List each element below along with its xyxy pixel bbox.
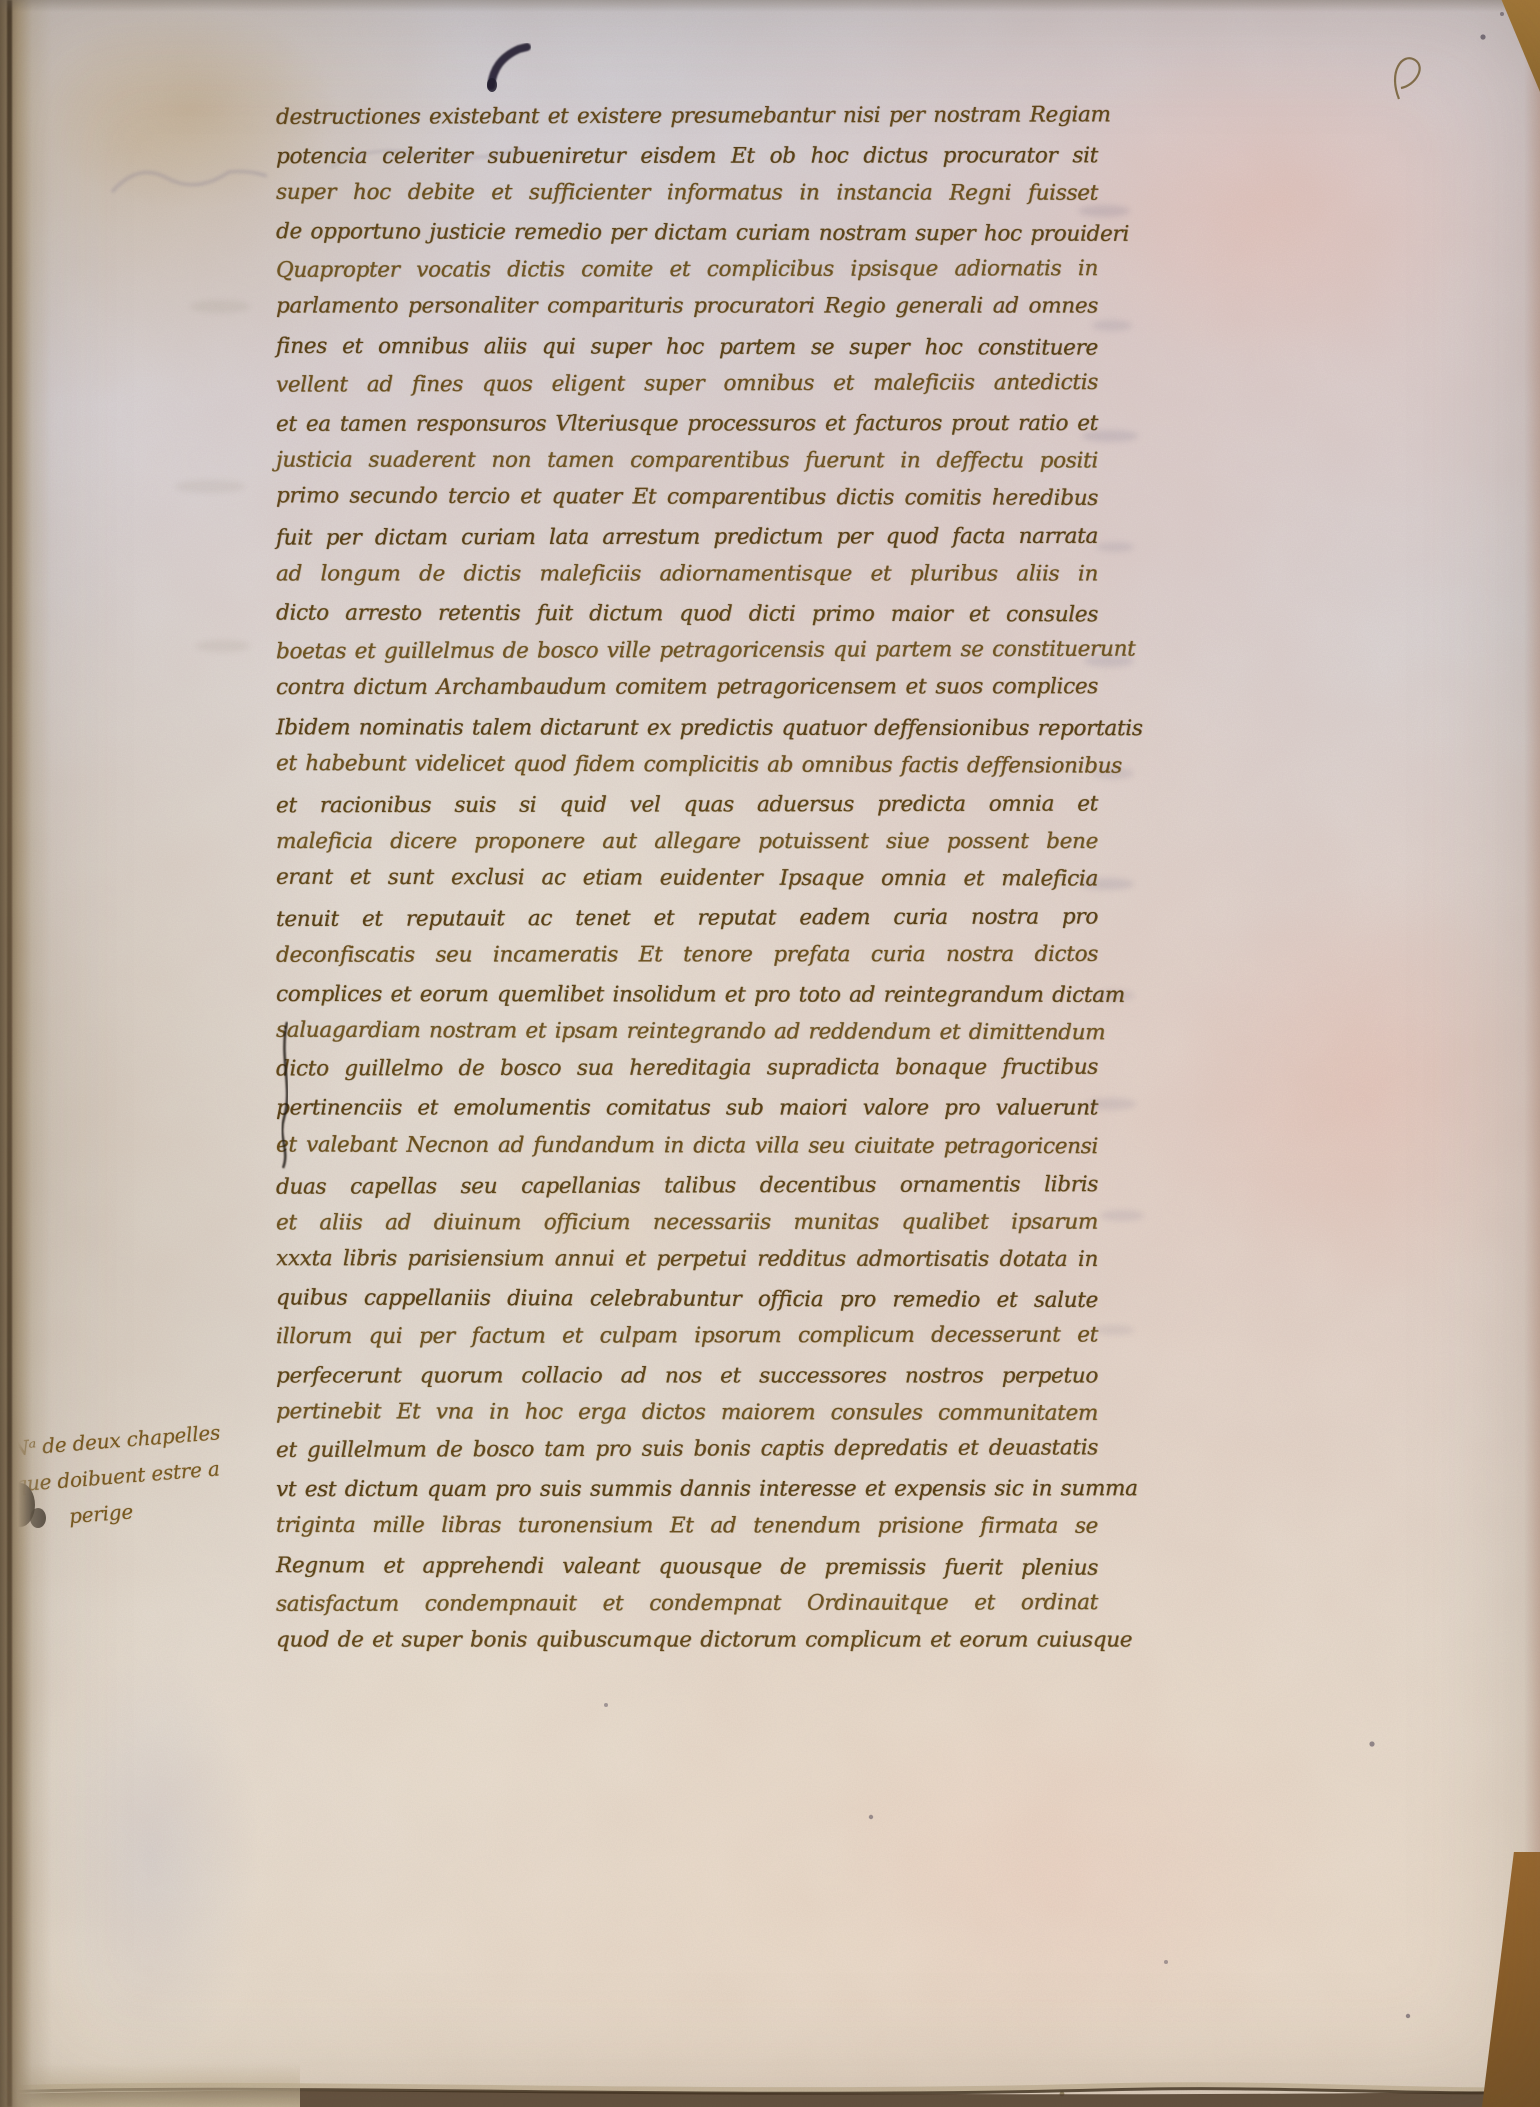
manuscript-line: vt est dictum quam pro suis summis danni… — [276, 1471, 1098, 1510]
manuscript-line: boetas et guillelmus de bosco ville petr… — [276, 631, 1098, 672]
manuscript-line: illorum qui per factum et culpam ipsorum… — [276, 1316, 1098, 1356]
manuscript-line: pertinebit Et vna in hoc erga dictos mai… — [276, 1393, 1098, 1433]
manuscript-line: contra dictum Archambaudum comitem petra… — [276, 669, 1098, 708]
manuscript-line: complices et eorum quemlibet insolidum e… — [276, 976, 1098, 1015]
manuscript-line: triginta mille libras turonensium Et ad … — [276, 1507, 1098, 1546]
manuscript-line: justicia suaderent non tamen comparentib… — [276, 441, 1098, 480]
manuscript-line: fuit per dictam curiam lata arrestum pre… — [276, 518, 1098, 558]
crease-line — [7, 0, 12, 2107]
main-text-block: destructiones existebant et existere pre… — [276, 99, 1098, 1661]
manuscript-line: saluagardiam nostram et ipsam reintegran… — [276, 1012, 1098, 1053]
manuscript-line: potencia celeriter subueniretur eisdem E… — [276, 137, 1098, 176]
manuscript-line: erant et sunt exclusi ac etiam euidenter… — [276, 859, 1098, 899]
manuscript-line: Regnum et apprehendi valeant quousque de… — [276, 1547, 1098, 1588]
manuscript-line: fines et omnibus aliis qui super hoc par… — [276, 327, 1098, 367]
manuscript-line: et racionibus suis si quid vel quas adue… — [276, 785, 1098, 825]
manuscript-line: pertinenciis et emolumentis comitatus su… — [276, 1090, 1098, 1128]
manuscript-line: Ibidem nominatis talem dictarunt ex pred… — [276, 709, 1098, 748]
manuscript-line: de opportuno justicie remedio per dictam… — [276, 213, 1098, 254]
manuscript-line: deconfiscatis seu incameratis Et tenore … — [276, 936, 1098, 975]
manuscript-line: et valebant Necnon ad fundandum in dicta… — [276, 1126, 1098, 1166]
manuscript-line: et aliis ad diuinum officium necessariis… — [276, 1203, 1098, 1242]
manuscript-line: et guillelmum de bosco tam pro suis boni… — [276, 1430, 1098, 1471]
manuscript-line: primo secundo tercio et quater Et compar… — [276, 477, 1098, 518]
manuscript-line: quod de et super bonis quibuscumque dict… — [276, 1621, 1098, 1659]
manuscript-line: Quapropter vocatis dictis comite et comp… — [276, 251, 1098, 291]
manuscript-line: duas capellas seu capellanias talibus de… — [276, 1166, 1098, 1207]
manuscript-line: super hoc debite et sufficienter informa… — [276, 174, 1098, 213]
page-right-edge — [1524, 0, 1540, 2107]
manuscript-line: vellent ad fines quos eligent super omni… — [276, 364, 1098, 405]
manuscript-line: et habebunt videlicet quod fidem complic… — [276, 745, 1098, 786]
manuscript-line: maleficia dicere proponere aut allegare … — [276, 823, 1098, 861]
manuscript-photo: destructiones existebant et existere pre… — [0, 0, 1540, 2107]
manuscript-line: ad longum de dictis maleficiis adiorname… — [276, 555, 1098, 593]
manuscript-line: parlamento personaliter comparituris pro… — [276, 288, 1098, 326]
manuscript-line: quibus cappellaniis diuina celebrabuntur… — [276, 1279, 1098, 1320]
page-top-edge — [0, 0, 1540, 12]
manuscript-line: perfecerunt quorum collacio ad nos et su… — [276, 1357, 1098, 1395]
manuscript-line: dicto guillelmo de bosco sua hereditagia… — [276, 1049, 1098, 1089]
manuscript-line: et ea tamen responsuros Vlteriusque proc… — [276, 405, 1098, 444]
manuscript-line: dicto arresto retentis fuit dictum quod … — [276, 595, 1098, 635]
manuscript-line: tenuit et reputauit ac tenet et reputat … — [276, 898, 1098, 939]
manuscript-line: satisfactum condempnauit et condempnat O… — [276, 1584, 1098, 1624]
manuscript-line: xxxta libris parisiensium annui et perpe… — [276, 1240, 1098, 1279]
manuscript-line: destructiones existebant et existere pre… — [276, 96, 1098, 137]
